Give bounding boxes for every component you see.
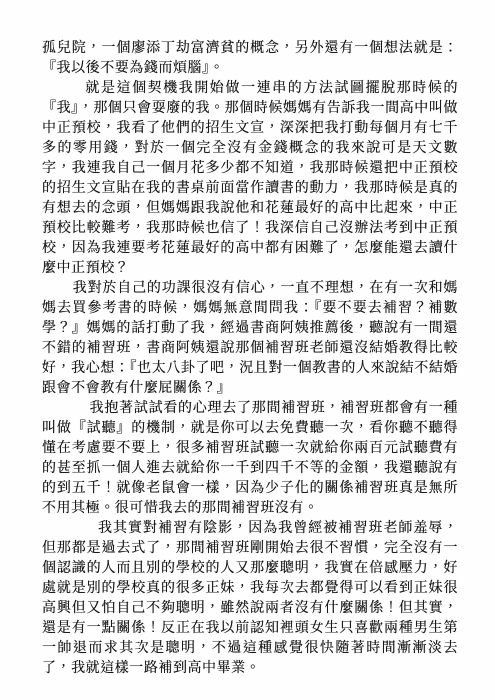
document-page: 孤兒院，一個廖添丁劫富濟貧的概念，另外還有一個想法就是：『我以後不要為錢而煩腦』… (0, 0, 495, 700)
document-text-block: 孤兒院，一個廖添丁劫富濟貧的概念，另外還有一個想法就是：『我以後不要為錢而煩腦』… (42, 39, 458, 679)
paragraph: 我其實對補習有陰影，因為我曾經被補習班老師羞辱，但那都是過去式了，那間補習班剛開… (42, 519, 458, 679)
paragraph: 就是這個契機我開始做一連串的方法試圖擺脫那時候的『我』，那個只會耍廢的我。那個時… (42, 79, 458, 279)
paragraph: 孤兒院，一個廖添丁劫富濟貧的概念，另外還有一個想法就是：『我以後不要為錢而煩腦』… (42, 39, 458, 79)
paragraph: 我對於自己的功課很沒有信心，一直不理想，在有一次和媽媽去買參考書的時候，媽媽無意… (42, 279, 458, 399)
paragraph: 我抱著試試看的心理去了那間補習班，補習班都會有一種叫做『試聽』的機制，就是你可以… (42, 399, 458, 519)
